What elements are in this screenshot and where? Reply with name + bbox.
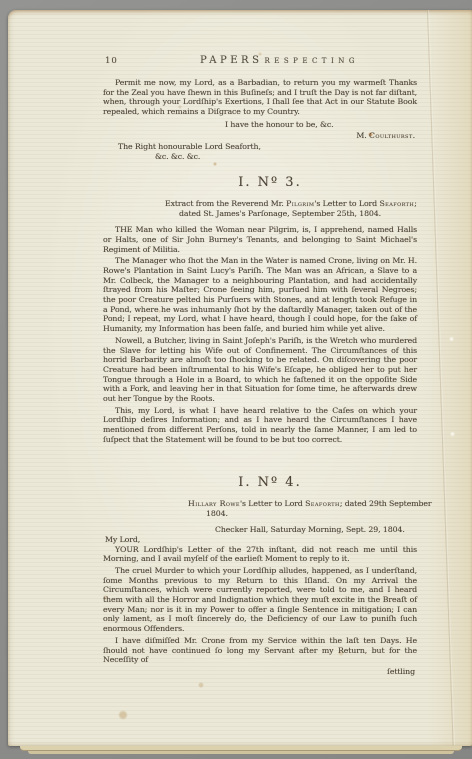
letter-4-subheading: Hillary Rowe's Letter to Lord Seaforth; … xyxy=(188,499,432,519)
letter-paragraph: THE Man who killed the Woman near Pilgri… xyxy=(103,225,417,254)
catchword: ſettling xyxy=(103,667,417,677)
crease-glint xyxy=(449,336,454,342)
page-stack-edge xyxy=(28,751,454,754)
letter-paragraph: The Manager who ſhot the Man in the Wate… xyxy=(103,256,417,334)
page-content: 10 PAPERSRESPECTING Permit me now, my Lo… xyxy=(103,10,417,746)
subheading-text: 's Letter to Lord xyxy=(240,499,305,508)
letter-paragraph: YOUR Lordſhip's Letter of the 27th inſta… xyxy=(103,545,417,564)
letter-4: I. Nº 4. Hillary Rowe's Letter to Lord S… xyxy=(103,478,417,677)
folio-number: 10 xyxy=(105,57,118,67)
running-title-rest: RESPECTING xyxy=(264,57,359,65)
valediction-line: I have the honour to be, &c. xyxy=(225,120,417,130)
photo-backdrop: 10 PAPERSRESPECTING Permit me now, my Lo… xyxy=(0,0,472,759)
signature-prefix: M. xyxy=(356,131,369,140)
book-page-scan: 10 PAPERSRESPECTING Permit me now, my Lo… xyxy=(8,10,472,746)
subheading-name: Pilgrim xyxy=(286,199,314,208)
running-title-main: PAPERS xyxy=(200,55,262,66)
letter-3: I. Nº 3. Extract from the Reverend Mr. P… xyxy=(103,178,417,447)
letter-paragraph: The cruel Murder to which your Lordſhip … xyxy=(103,566,417,634)
page-crease xyxy=(427,10,455,746)
letter-4-number-heading: I. Nº 4. xyxy=(113,478,427,488)
letter-paragraph: Permit me now, my Lord, as a Barbadian, … xyxy=(103,78,417,117)
addressee-line-2: &c. &c. &c. xyxy=(155,152,417,162)
running-title: PAPERSRESPECTING xyxy=(200,56,359,67)
subheading-text: Extract from the Reverend Mr. xyxy=(165,199,286,208)
signature-name: Coulthurst xyxy=(369,131,413,140)
subheading-text: 's Letter to Lord xyxy=(314,199,379,208)
subheading-name: Seaforth xyxy=(305,499,340,508)
page-header: 10 PAPERSRESPECTING xyxy=(103,56,417,68)
letter-paragraph: Nowell, a Butcher, living in Saint Joſep… xyxy=(103,336,417,404)
subheading-name: Hillary Rowe xyxy=(188,499,240,508)
letter-3-subheading: Extract from the Reverend Mr. Pilgrim's … xyxy=(165,199,431,219)
letter-paragraph: I have diſmiſſed Mr. Crone from my Servi… xyxy=(103,636,417,665)
salutation: My Lord, xyxy=(105,535,417,545)
crease-glint xyxy=(450,431,455,437)
subheading-name: Seaforth xyxy=(379,199,414,208)
letter-coulthurst-closing: Permit me now, my Lord, as a Barbadian, … xyxy=(103,78,417,162)
letter-3-number-heading: I. Nº 3. xyxy=(113,178,427,188)
signature-suffix: . xyxy=(413,131,415,140)
signature-line: M. Coulthurst. xyxy=(103,131,417,141)
addressee-line-1: The Right honourable Lord Seaforth, xyxy=(118,142,417,152)
dateline: Checker Hall, Saturday Morning, Sept. 29… xyxy=(215,525,417,535)
letter-paragraph: This, my Lord, is what I have heard rela… xyxy=(103,406,417,445)
